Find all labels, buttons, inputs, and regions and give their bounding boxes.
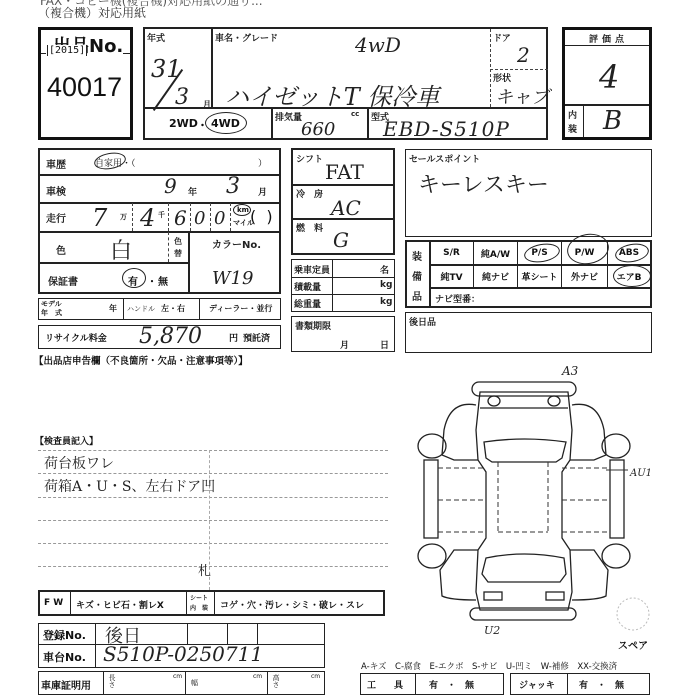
spare-label: スペア (618, 637, 648, 652)
capacity-label-0: 乗車定員 (294, 263, 330, 276)
equip-tv[interactable]: 純TV (430, 265, 474, 287)
displacement-unit: cc (351, 110, 359, 118)
drive-2wd-option[interactable]: 2WD (169, 117, 198, 130)
capacity-unit-2: kg (380, 297, 392, 307)
grade-note: 4wD (355, 33, 401, 57)
damage-legend: A-キズ C-腐食 E-エクボ S-サビ U-凹ミ W-補修 XX-交換済 (361, 660, 617, 672)
details-table: 車歴 自家用・（ ） 車検 9 年 3 月 走行 7 万 4 千 6 0 0 k… (38, 148, 281, 294)
model-year-unit: 年 (109, 303, 117, 314)
tools-options[interactable]: 有 ・ 無 (429, 678, 474, 691)
seller-notes-label: 【出品店申告欄（不良箇所・欠品・注意事項等）】 (34, 353, 248, 367)
lot-number-box: 出品No. [2015] 40017 (38, 27, 133, 140)
shift-value: FAT (325, 160, 364, 184)
mileage-sen-unit: 千 (158, 210, 165, 220)
sales-point-box: セールスポイント キーレスキー (405, 149, 652, 237)
history-close: ） (258, 156, 267, 169)
handle-options[interactable]: 左・右 (161, 303, 185, 314)
reg-label: 登録No. (43, 627, 86, 643)
width-label: 幅 (191, 678, 198, 688)
model-year-label-2: 年 式 (41, 308, 62, 318)
cm-3: cm (311, 673, 320, 680)
documents-month: 月 (340, 338, 349, 351)
inspection-month: 3 (226, 174, 240, 199)
color-label: 色 (56, 242, 66, 257)
length-label: 長さ (107, 674, 117, 688)
inspection-year-unit: 年 (188, 185, 197, 198)
recycle-label: リサイクル料金 (45, 331, 107, 344)
interior-label-2: 装 (568, 122, 577, 135)
shift-label: シフト (296, 152, 323, 165)
registration-box: 登録No. 後日 車台No. S510P-0250711 (38, 623, 325, 668)
year-stamp: [2015] (47, 45, 87, 56)
seat-options[interactable]: コゲ・穴・汚レ・シミ・破レ・スレ (220, 598, 364, 611)
color-no-label: カラーNo. (212, 236, 261, 251)
cm-1: cm (173, 673, 182, 680)
interior-score: B (603, 106, 622, 136)
later-items-box: 後日品 (405, 312, 652, 353)
car-diagram[interactable] (400, 360, 700, 640)
diagram-annotation-bottom: U2 (484, 624, 500, 637)
fw-label: F W (44, 598, 63, 608)
drive-selected-circle (205, 112, 247, 134)
inspector-line-1: 荷台板ワレ (44, 453, 114, 473)
chassis-label: 車台No. (43, 649, 86, 665)
warranty-label: 保証書 (48, 273, 78, 288)
color-change-2: 替 (174, 248, 182, 259)
history-label: 車歴 (46, 156, 66, 171)
warranty-sep: ・ (147, 273, 157, 288)
height-label: 高さ (271, 674, 281, 688)
displacement-value: 660 (301, 119, 335, 140)
name-grade-label: 車名・グレード (215, 31, 278, 44)
fuel-value: G (333, 228, 349, 252)
documents-day: 日 (380, 338, 389, 351)
later-items-label: 後日品 (409, 315, 436, 328)
seat-label-1: シート (190, 593, 208, 602)
mileage-d1: 6 (174, 206, 187, 230)
model-year-row: モデル 年 式 年 ハンドル 左・右 ディーラー・並行 (38, 298, 281, 320)
sales-point-value: キーレスキー (418, 168, 549, 199)
documents-label: 書類期限 (295, 319, 331, 332)
mileage-man: 7 (92, 204, 107, 232)
equip-side-3: 品 (412, 288, 422, 303)
handle-label: ハンドル (127, 304, 155, 314)
interior-label-1: 内 (568, 108, 577, 121)
door-label: ドア (493, 31, 511, 44)
recycle-status: 預託済 (243, 331, 270, 344)
vehicle-info-box: 年式 31 3 月 車名・グレード 4wD ハイゼットT 保冷車 ドア 2 形状… (143, 27, 548, 140)
mileage-sen: 4 (140, 204, 155, 232)
sales-point-label: セールスポイント (409, 152, 480, 165)
year-label: 年式 (147, 31, 165, 44)
door-value: 2 (517, 43, 530, 67)
navi-model-label: ナビ型番： (435, 292, 480, 305)
inspector-label: 【検査員記入】 (35, 434, 98, 447)
recycle-box: リサイクル料金 5,870 円 預託済 (38, 325, 281, 349)
tools-label: 工 具 (367, 678, 403, 691)
ac-value: AC (331, 196, 361, 220)
score-label: 評価点 (589, 32, 628, 45)
equip-ext-navi[interactable]: 外ナビ (562, 265, 608, 287)
interior-row: F W キズ・ヒビ石・割レX シート 内 装 コゲ・穴・汚レ・シミ・破レ・スレ (38, 590, 385, 616)
jack-box: ジャッキ 有 ・ 無 (510, 673, 650, 695)
color-no-value: W19 (212, 268, 253, 289)
cm-2: cm (253, 673, 262, 680)
mileage-label: 走行 (46, 210, 66, 225)
diagram-annotation-right: AU1 (630, 468, 652, 479)
score-box: 評価点 4 内 装 B (562, 27, 652, 140)
recycle-value: 5,870 (139, 324, 202, 349)
score-value: 4 (599, 58, 619, 96)
inspection-label: 車検 (46, 183, 66, 198)
color-change-1: 色 (174, 236, 182, 247)
inspection-month-unit: 月 (258, 185, 267, 198)
warranty-no[interactable]: 無 (158, 273, 168, 288)
dealer-options[interactable]: ディーラー・並行 (209, 303, 272, 314)
airbag-selected-circle (613, 265, 651, 287)
spare-tire-icon (617, 598, 649, 630)
model-value: EBD-S510P (383, 117, 510, 141)
mileage-d2: 0 (194, 208, 205, 229)
inspector-line-2: 荷箱A・U・S、左右ドア凹 (44, 476, 215, 496)
inspection-year: 9 (164, 174, 177, 198)
seat-note: 札 (198, 560, 211, 579)
equipment-box: 装 備 品 S/R 純A/W P/S P/W ABS 純TV 純ナビ 革シート … (405, 240, 652, 308)
fuel-label: 燃 料 (296, 221, 323, 234)
capacity-unit-0: 名 (380, 263, 389, 276)
chassis-value: S510P-0250711 (103, 642, 263, 666)
form-subtitle: （複合機）対応用紙 (38, 4, 146, 21)
jack-label: ジャッキ (519, 678, 555, 691)
equip-alloy[interactable]: 純A/W (474, 242, 518, 264)
capacity-unit-1: kg (380, 280, 392, 290)
capacity-label-1: 積載量 (294, 280, 321, 293)
documents-box: 書類期限 月 日 (291, 316, 395, 352)
mileage-paren: ( ) (250, 207, 273, 226)
color-value: 白 (110, 234, 132, 265)
displacement-label: 排気量 (275, 110, 302, 123)
equip-sr[interactable]: S/R (430, 242, 474, 264)
seat-label-2: 内 装 (190, 603, 208, 612)
equip-side-1: 装 (412, 248, 422, 263)
mileage-man-unit: 万 (120, 212, 127, 222)
mileage-d3: 0 (214, 208, 225, 229)
equip-leather[interactable]: 革シート (518, 265, 562, 287)
equip-side-2: 備 (412, 268, 422, 283)
fw-options[interactable]: キズ・ヒビ石・割レX (76, 598, 164, 611)
tools-box: 工 具 有 ・ 無 (360, 673, 504, 695)
km-selected-circle (233, 204, 251, 216)
shape-value: キャブ (495, 83, 549, 109)
capacity-label-2: 総重量 (294, 297, 321, 310)
jack-options[interactable]: 有 ・ 無 (579, 678, 624, 691)
equip-navi[interactable]: 純ナビ (474, 265, 518, 287)
ac-label: 冷 房 (296, 187, 323, 200)
capacity-box: 乗車定員 名 積載量 kg 総重量 kg (291, 259, 395, 312)
recycle-unit: 円 (229, 331, 238, 344)
garage-row: 車庫証明用 長さ cm 幅 cm 高さ cm (38, 671, 325, 695)
mechanics-box: シフト FAT 冷 房 AC 燃 料 G (291, 148, 395, 255)
garage-label: 車庫証明用 (41, 677, 91, 692)
warranty-selected-circle (122, 268, 146, 288)
diagram-annotation-top: A3 (562, 364, 578, 378)
lot-number: 40017 (47, 72, 122, 103)
